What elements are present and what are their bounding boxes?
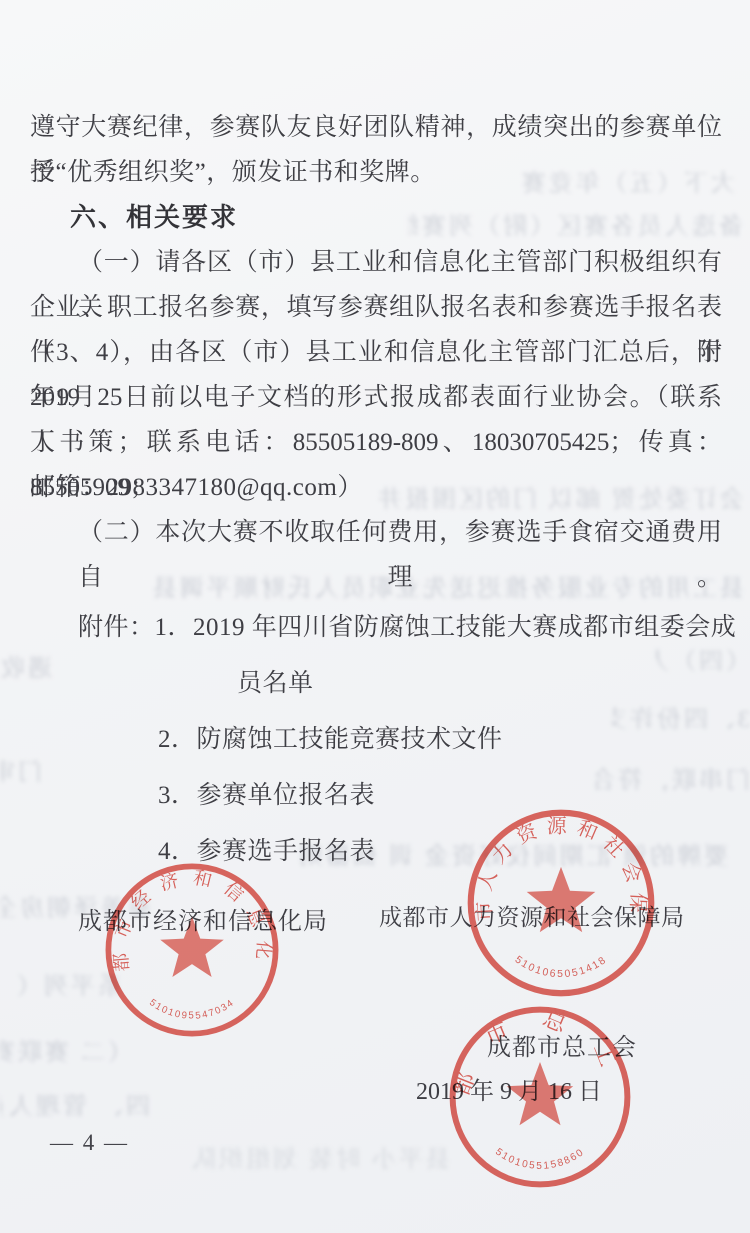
body-line: 年9月25日前以电子文档的形式报成都表面行业协会。（联系人： — [30, 375, 722, 420]
body-line: （一）请各区（市）县工业和信息化主管部门积极组织有关 — [30, 240, 722, 285]
page-number: — 4 — — [50, 1130, 129, 1156]
official-seal-economy-bureau: 成都市经济和信息化局 5101095547034 — [104, 862, 280, 1038]
star-icon — [527, 867, 596, 932]
body-line: 予“优秀组织奖”，颁发证书和奖牌。 — [30, 150, 722, 195]
body-line: 丁书策；联系电话：85505189-809、18030705425；传真：855… — [30, 420, 722, 465]
seal-code-text: 5101095547034 — [147, 997, 237, 1022]
attachment-line: 附件：1．2019 年四川省防腐蚀工技能大赛成都市组委会成 — [30, 600, 722, 656]
section-heading: 六、相关要求 — [30, 195, 722, 240]
svg-text:5101055158860: 5101055158860 — [493, 1147, 587, 1172]
document-body: 遵守大赛纪律，参赛队友良好团队精神，成绩突出的参赛单位授 予“优秀组织奖”，颁发… — [30, 105, 722, 880]
star-icon — [160, 917, 224, 977]
seal-code-text: 5101065051418 — [513, 954, 610, 980]
bleedthrough-text: 县平小 时装 划组织队 — [150, 1139, 450, 1171]
svg-text:5101095547034: 5101095547034 — [147, 997, 237, 1022]
attachment-line: 员名单 — [30, 656, 722, 712]
body-line: （二）本次大赛不收取任何费用，参赛选手食宿交通费用自理。 — [30, 510, 722, 555]
bleedthrough-text: 四、 管理人员审批 — [0, 1086, 150, 1118]
official-seal-labor-union: 成都市总工会 5101055158860 — [448, 1005, 632, 1189]
seal-code-text: 5101055158860 — [493, 1147, 587, 1172]
body-line: 邮箱：2983347180@qq.com） — [30, 465, 722, 510]
official-seal-hr-bureau: 成都市人力资源和社会保障局 5101065051418 — [466, 808, 656, 998]
body-line: 企业、职工报名参赛，填写参赛组队报名表和参赛选手报名表（附 — [30, 285, 722, 330]
scanned-document-page: 大下（五）年竞赛 备选人员各赛区（附）列赛组成 会订委处贺 邮以 门的区围报井 … — [0, 0, 750, 1233]
body-line: 件3、4），由各区（市）县工业和信息化主管部门汇总后，于2019 — [30, 330, 722, 375]
body-line: 遵守大赛纪律，参赛队友良好团队精神，成绩突出的参赛单位授 — [30, 105, 722, 150]
attachment-line: 2．防腐蚀工技能竞赛技术文件 — [30, 712, 722, 768]
svg-text:5101065051418: 5101065051418 — [513, 954, 610, 980]
star-icon — [507, 1062, 573, 1125]
